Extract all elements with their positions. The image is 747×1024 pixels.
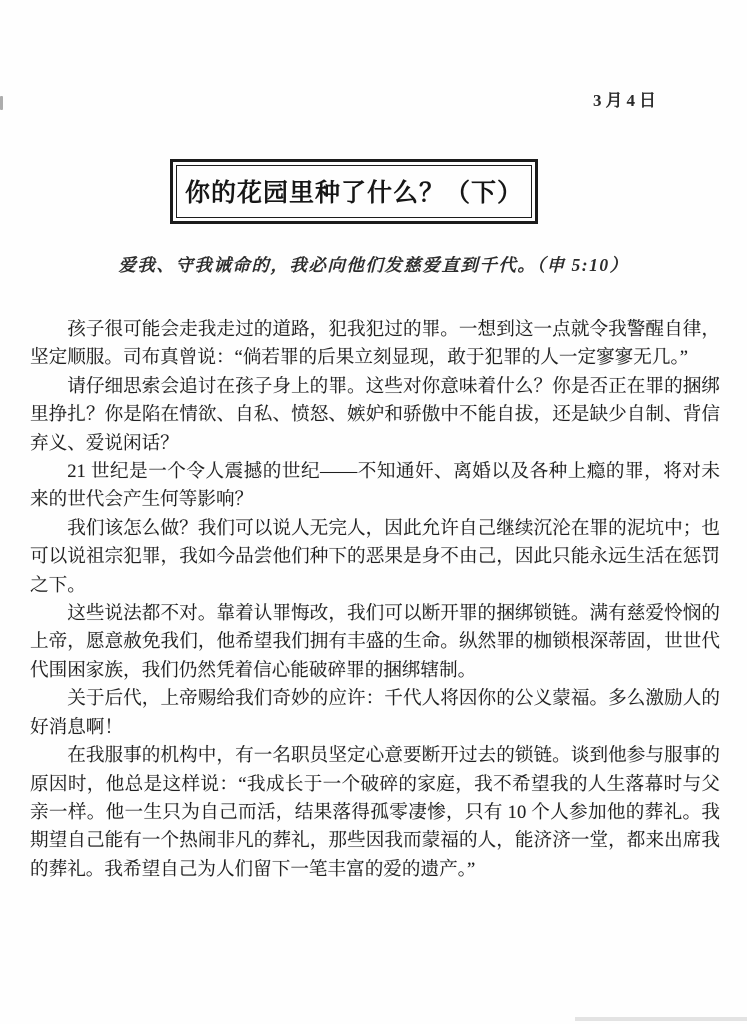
title-box-inner-rule: 你的花园里种了什么？（下） (176, 165, 532, 218)
document-page: 3月4日 你的花园里种了什么？（下） 爱我、守我诫命的，我必向他们发慈爱直到千代… (0, 0, 747, 1024)
paragraph: 在我服事的机构中，有一名职员坚定心意要断开过去的锁链。谈到他参与服事的原因时，他… (30, 742, 720, 884)
paragraph: 我们该怎么做？我们可以说人无完人，因此允许自己继续沉沦在罪的泥坑中；也可以说祖宗… (30, 515, 720, 600)
scan-artifact-speck (0, 96, 3, 110)
paragraph: 关于后代，上帝赐给我们奇妙的应许：千代人将因你的公义蒙福。多么激励人的好消息啊！ (30, 685, 720, 742)
page-title: 你的花园里种了什么？（下） (185, 179, 523, 207)
paragraph: 21 世纪是一个令人震撼的世纪——不知通奸、离婚以及各种上瘾的罪，将对未来的世代… (30, 458, 720, 515)
page-date: 3月4日 (593, 86, 660, 111)
scan-artifact-smudge (575, 1017, 747, 1021)
title-box: 你的花园里种了什么？（下） (170, 159, 538, 224)
paragraph: 请仔细思索会追讨在孩子身上的罪。这些对你意味着什么？你是否正在罪的捆绑里挣扎？你… (30, 373, 720, 458)
scripture-verse: 爱我、守我诫命的，我必向他们发慈爱直到千代。（申 5:10） (0, 252, 747, 277)
paragraph: 这些说法都不对。靠着认罪悔改，我们可以断开罪的捆绑锁链。满有慈爱怜悯的上帝，愿意… (30, 600, 720, 685)
paragraph: 孩子很可能会走我走过的道路，犯我犯过的罪。一想到这一点就令我警醒自律，坚定顺服。… (30, 316, 720, 373)
body-text: 孩子很可能会走我走过的道路，犯我犯过的罪。一想到这一点就令我警醒自律，坚定顺服。… (30, 316, 720, 884)
